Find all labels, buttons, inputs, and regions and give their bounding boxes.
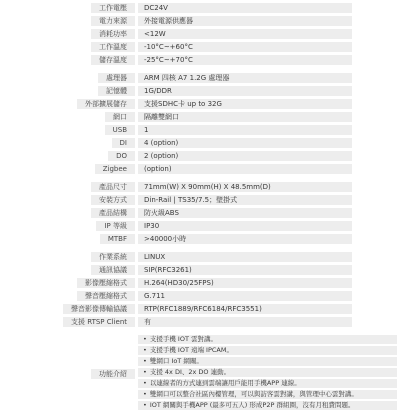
spec-row: 聲音壓縮格式 G.711 [0, 291, 410, 301]
spec-value: 2 (option) [138, 151, 352, 161]
spec-section-hardware: 處理器 ARM 四核 A7 1.2G 處理器 記憶體 1G/DDR 外部擴展儲存… [0, 73, 410, 174]
spec-value: G.711 [138, 291, 352, 301]
spec-value: 71mm(W) X 90mm(H) X 48.5mm(D) [138, 182, 352, 192]
spec-value: -25°C~+70°C [138, 55, 352, 65]
bullet-icon: • [143, 401, 147, 409]
spec-row: Zigbee (option) [0, 164, 410, 174]
spec-label: IP 等級 [96, 221, 135, 231]
spec-row: 處理器 ARM 四核 A7 1.2G 處理器 [0, 73, 410, 83]
spec-row: 記憶體 1G/DDR [0, 86, 410, 96]
spec-row: DO 2 (option) [0, 151, 410, 161]
spec-label: USB [105, 125, 135, 135]
spec-value: ARM 四核 A7 1.2G 處理器 [138, 73, 352, 83]
spec-row: 影像壓縮格式 H.264(HD30/25FPS) [0, 278, 410, 288]
spec-row: 儲存溫度 -25°C~+70°C [0, 55, 410, 65]
spec-value: LINUX [138, 252, 352, 262]
spec-section-mechanical: 產品尺寸 71mm(W) X 90mm(H) X 48.5mm(D) 安裝方式 … [0, 182, 410, 244]
spec-label: 工作電壓 [91, 3, 135, 13]
spec-row: DI 4 (option) [0, 138, 410, 148]
spec-row: 外部擴展儲存 支援SDHC卡 up to 32G [0, 99, 410, 109]
spec-section-software: 作業系統 LINUX 通訊協議 SIP(RFC3261) 影像壓縮格式 H.26… [0, 252, 410, 327]
feature-text: 支援手機 IOT 遠端 IPCAM。 [150, 346, 233, 354]
spec-value: 防火級ABS [138, 208, 352, 218]
spec-label: 聲音壓縮格式 [77, 291, 135, 301]
spec-label: 產品結構 [91, 208, 135, 218]
spec-value: 外接電源供應器 [138, 16, 352, 26]
feature-text: 支援 4x DI、2x DO 連動。 [150, 368, 230, 376]
spec-value: DC24V [138, 3, 352, 13]
spec-label: 消耗功率 [91, 29, 135, 39]
spec-value: RTP(RFC1889/RFC6184/RFC3551) [138, 304, 352, 314]
spec-row: 安裝方式 Din-Rail | TS35/7.5；壁掛式 [0, 195, 410, 205]
spec-value: >40000小時 [138, 234, 352, 244]
feature-item: •雙網口 IoT 網關。 [138, 357, 397, 366]
spec-value: SIP(RFC3261) [138, 265, 352, 275]
spec-row: USB 1 [0, 125, 410, 135]
spec-row: 網口 隔離雙網口 [0, 112, 410, 122]
spec-label: 支援 RTSP Client [63, 317, 135, 327]
spec-label: 工作溫度 [91, 42, 135, 52]
bullet-icon: • [143, 368, 147, 376]
feature-item: •支援手機 IOT 遠端 IPCAM。 [138, 346, 397, 355]
bullet-icon: • [143, 346, 147, 354]
spec-label: 作業系統 [91, 252, 135, 262]
bullet-icon: • [143, 335, 147, 343]
spec-row: 工作溫度 -10°C~+60°C [0, 42, 410, 52]
spec-label: 電力來源 [91, 16, 135, 26]
bullet-icon: • [143, 390, 147, 398]
spec-value: 支援SDHC卡 up to 32G [138, 99, 352, 109]
feature-text: 雙網口可以整合社區內樓管理，可以與訪客雲對講，與管理中心雲對講。 [150, 390, 358, 398]
spec-row: 作業系統 LINUX [0, 252, 410, 262]
feature-text: 雙網口 IoT 網關。 [150, 357, 203, 365]
spec-value: 隔離雙網口 [138, 112, 352, 122]
feature-item: •雙網口可以整合社區內樓管理，可以與訪客雲對講，與管理中心雲對講。 [138, 390, 397, 399]
feature-item: •IOT 網關與手機APP (最多可五人) 形成P2P 群組圈，沒有月租費問題。 [138, 401, 397, 410]
spec-value: -10°C~+60°C [138, 42, 352, 52]
feature-text: IOT 網關與手機APP (最多可五人) 形成P2P 群組圈，沒有月租費問題。 [150, 401, 355, 409]
spec-value: IP30 [138, 221, 352, 231]
spec-value: Din-Rail | TS35/7.5；壁掛式 [138, 195, 352, 205]
spec-label: 聲音影像傳輸協議 [63, 304, 135, 314]
feature-text: 以連線者的方式連到雲端讓用戶能用手機APP 連線。 [150, 379, 301, 387]
spec-row: 電力來源 外接電源供應器 [0, 16, 410, 26]
spec-value: 1 [138, 125, 352, 135]
spec-row: 產品尺寸 71mm(W) X 90mm(H) X 48.5mm(D) [0, 182, 410, 192]
spec-label: 處理器 [98, 73, 135, 83]
spec-value: 1G/DDR [138, 86, 352, 96]
spec-label: DO [108, 151, 135, 161]
spec-label: 儲存溫度 [91, 55, 135, 65]
spec-row: MTBF >40000小時 [0, 234, 410, 244]
spec-row: 通訊協議 SIP(RFC3261) [0, 265, 410, 275]
spec-row: IP 等級 IP30 [0, 221, 410, 231]
features-label: 功能介紹 [91, 369, 135, 379]
spec-value: <12W [138, 29, 352, 39]
spec-row: 聲音影像傳輸協議 RTP(RFC1889/RFC6184/RFC3551) [0, 304, 410, 314]
feature-item: •以連線者的方式連到雲端讓用戶能用手機APP 連線。 [138, 379, 397, 388]
spec-row: 產品結構 防火級ABS [0, 208, 410, 218]
spec-label: 影像壓縮格式 [77, 278, 135, 288]
spec-row: 消耗功率 <12W [0, 29, 410, 39]
spec-value: (option) [138, 164, 352, 174]
spec-label: 記憶體 [98, 86, 135, 96]
features-list: •支援手機 IOT 雲對講。 •支援手機 IOT 遠端 IPCAM。 •雙網口 … [138, 335, 397, 410]
spec-label: DI [112, 138, 135, 148]
spec-section-power: 工作電壓 DC24V 電力來源 外接電源供應器 消耗功率 <12W 工作溫度 -… [0, 3, 410, 65]
spec-value: 4 (option) [138, 138, 352, 148]
bullet-icon: • [143, 357, 147, 365]
spec-label: 網口 [105, 112, 135, 122]
features-section: 功能介紹 •支援手機 IOT 雲對講。 •支援手機 IOT 遠端 IPCAM。 … [0, 335, 410, 410]
spec-label: Zigbee [95, 164, 135, 174]
spec-value: 有 [138, 317, 352, 327]
spec-label: MTBF [100, 234, 135, 244]
feature-item: •支援 4x DI、2x DO 連動。 [138, 368, 397, 377]
spec-row: 支援 RTSP Client 有 [0, 317, 410, 327]
feature-item: •支援手機 IOT 雲對講。 [138, 335, 397, 344]
spec-label: 通訊協議 [91, 265, 135, 275]
spec-label: 產品尺寸 [91, 182, 135, 192]
spec-row: 工作電壓 DC24V [0, 3, 410, 13]
spec-value: H.264(HD30/25FPS) [138, 278, 352, 288]
bullet-icon: • [143, 379, 147, 387]
spec-label: 安裝方式 [91, 195, 135, 205]
feature-text: 支援手機 IOT 雲對講。 [150, 335, 217, 343]
spec-sheet: 工作電壓 DC24V 電力來源 外接電源供應器 消耗功率 <12W 工作溫度 -… [0, 0, 410, 410]
spec-label: 外部擴展儲存 [77, 99, 135, 109]
